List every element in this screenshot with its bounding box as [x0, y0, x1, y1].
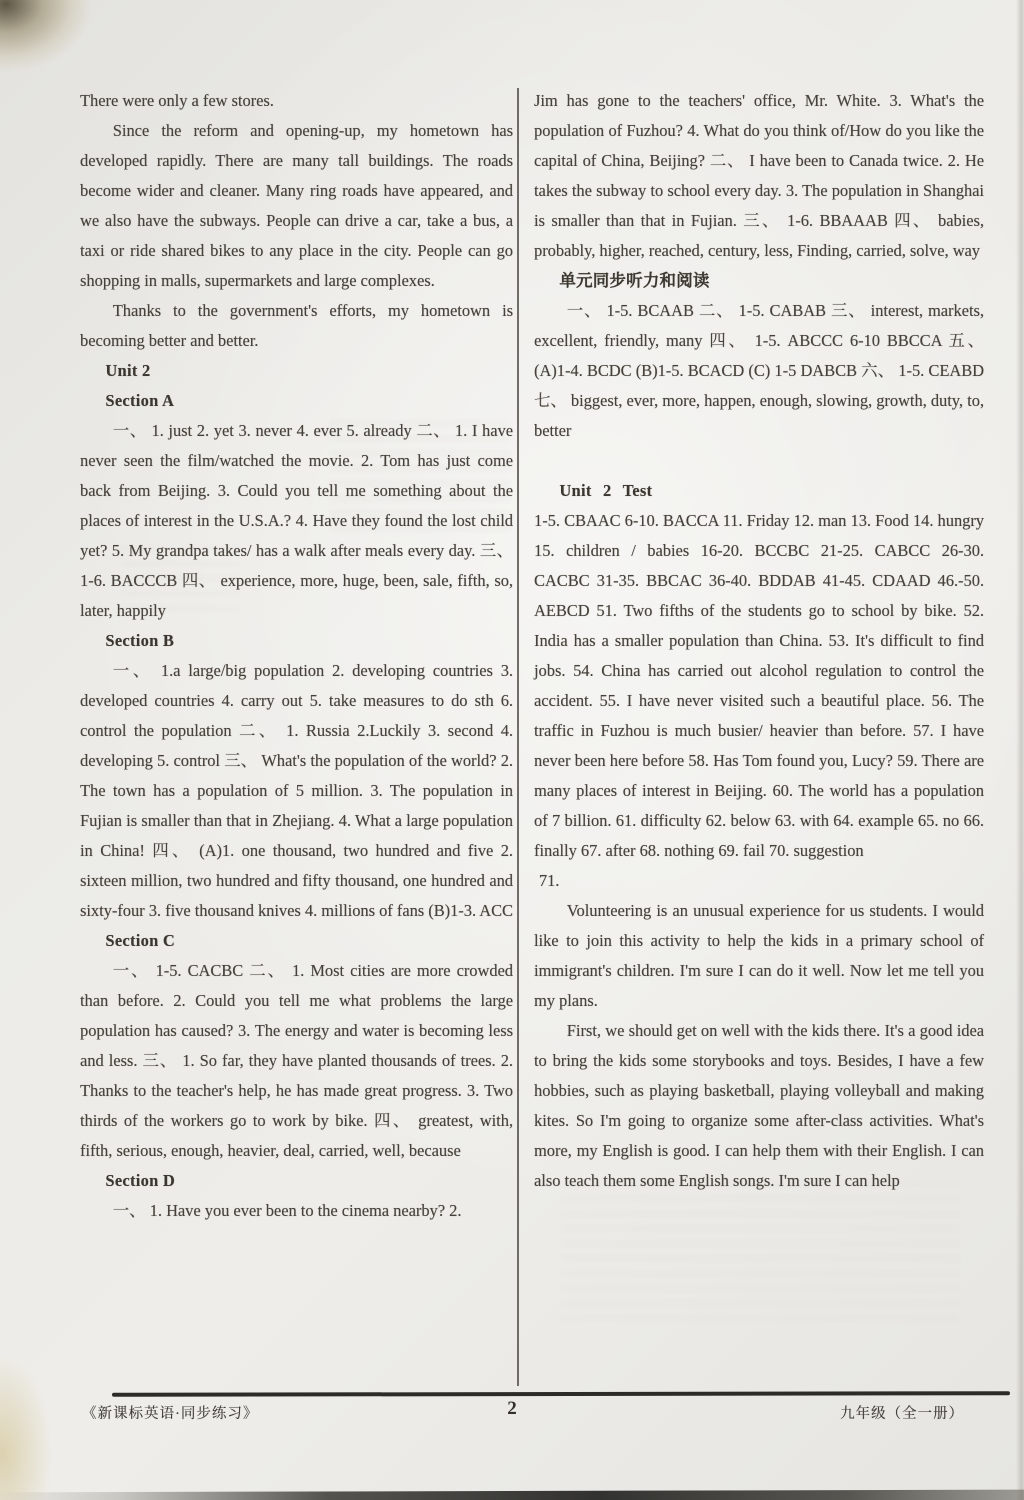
section-heading: Section C	[80, 926, 513, 956]
answer-paragraph: 一、 1-5. BCAAB 二、 1-5. CABAB 三、 interest,…	[534, 296, 984, 446]
footer-page-number: 2	[507, 1398, 517, 1420]
answer-paragraph: 一、 1.a large/big population 2. developin…	[80, 656, 513, 926]
scan-edge-band	[0, 1490, 1024, 1500]
answer-paragraph: 一、 1. just 2. yet 3. never 4. ever 5. al…	[80, 416, 513, 626]
answer-paragraph: 一、 1-5. CACBC 二、 1. Most cities are more…	[80, 956, 513, 1166]
scan-edge-shadow	[1016, 0, 1024, 1500]
answer-paragraph: Thanks to the government's efforts, my h…	[80, 296, 513, 356]
answer-key-right-column: Jim has gone to the teachers' office, Mr…	[534, 86, 984, 1196]
answer-paragraph: There were only a few stores.	[80, 86, 513, 116]
answer-paragraph: Jim has gone to the teachers' office, Mr…	[534, 86, 984, 266]
answer-paragraph: 1-5. CBAAC 6-10. BACCA 11. Friday 12. ma…	[534, 506, 984, 866]
section-heading: 单元同步听力和阅读	[534, 266, 984, 296]
section-heading: Unit 2	[80, 356, 513, 386]
answer-key-left-column: There were only a few stores.Since the r…	[80, 86, 513, 1226]
answer-paragraph: First, we should get on well with the ki…	[534, 1016, 984, 1196]
section-heading: Section D	[80, 1166, 513, 1196]
answer-paragraph: 71.	[534, 866, 984, 896]
column-divider-line	[517, 88, 519, 1386]
section-heading: Section B	[80, 626, 513, 656]
footer-grade-label: 九年级（全一册）	[840, 1402, 964, 1423]
answer-paragraph: 一、 1. Have you ever been to the cinema n…	[80, 1196, 513, 1226]
section-heading: Section A	[80, 386, 513, 416]
section-heading: Unit 2 Test	[534, 476, 984, 506]
footer-book-title: 《新课标英语·同步练习》	[82, 1402, 258, 1423]
answer-paragraph: Since the reform and opening-up, my home…	[80, 116, 513, 296]
answer-paragraph: Volunteering is an unusual experience fo…	[534, 896, 984, 1016]
